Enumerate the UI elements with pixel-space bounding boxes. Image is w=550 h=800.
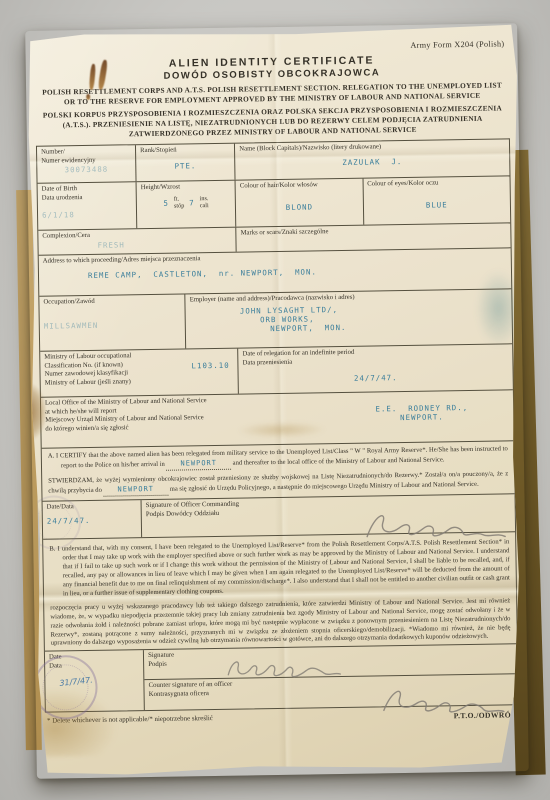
mol-label-l4: Ministry of Labour (jeśli znany) [45,378,131,386]
document-subtitle-polish: POLSKI KORPUS PRZYSPOSOBIENIA I ROZMIESZ… [40,104,505,140]
section-b-date-label-en: Date [49,654,62,661]
inches-unit-pl: cali [200,202,209,209]
section-b-declaration: B. I understand that, with my consent, I… [43,532,517,651]
occupation-field: Occupation/Zawód MILLSAWMEN [39,295,186,351]
row-section-b: B. I understand that, with my consent, I… [43,532,517,652]
eyes-label: Colour of eyes/Kolor oczu [367,179,505,190]
occupation-value: MILLSAWMEN [44,319,181,330]
relegation-date-field: Date of relegation for an indefinite per… [238,344,512,393]
row-local-office: Local Office of the Ministry of Labour a… [41,390,514,448]
eye-colour-field: Colour of eyes/Kolor oczu BLUE [363,176,510,224]
relegation-label-en: Date of relegation for an indefinite per… [242,349,354,358]
document-subtitle-english: POLISH RESETTLEMENT CORPS AND A.T.S. POL… [40,80,505,107]
section-b-text-english: B. I understand that, with my consent, I… [49,538,510,599]
section-a-date-field: Date/Data 24/7/47. [43,500,143,539]
row-holder-signature-block: Date Data 31/7/47. Signature Podpis Coun… [45,645,518,712]
counter-signature [377,683,508,721]
section-a-typed-city-2: NEWPORT [117,485,154,494]
name-label: Name (Block Capitals)/Nazwisko (litery d… [239,142,505,155]
address-value: REME CAMP, CASTLETON, nr. NEWPORT, MON. [88,264,507,280]
section-a-text-english: A. I CERTIFY that the above named alien … [48,446,508,473]
relegation-date-value: 24/7/47. [243,372,509,385]
date-of-birth-field: Date of Birth Data urodzenia 6/1/18 [38,182,138,230]
number-field: Number/ Numer ewidencyjny 30073488 [37,145,137,183]
counter-signature-field: Counter signature of an officer Kontrasy… [144,675,517,709]
local-office-label-l3: Miejscowy Urząd Ministry of Labour and N… [45,414,204,423]
employer-field: Employer (name and address)/Pracodawca (… [186,289,512,348]
rank-field: Rank/Stopień PTE. [136,144,236,182]
holder-signature-label-pl: Podpis [148,661,167,668]
height-feet-value: 5 [163,199,169,208]
address-field: Address to which proceeding/Adres miejsc… [39,248,512,295]
hair-label: Colour of hair/Kolor włosów [240,181,359,191]
mol-label-l1: Ministry of Labour occupational [44,352,131,360]
hair-value: BLOND [240,201,359,212]
name-value: ZAZULAK J. [239,155,505,168]
feet-unit-pl: stóp [174,202,184,209]
dob-value: 6/1/18 [42,210,132,220]
complexion-value: FRESH [97,238,231,249]
dob-label-en: Date of Birth [42,185,77,193]
local-office-label-l4: do którego winien/a się zgłosić [45,424,128,432]
oc-signature-label-en: Signature of Officer Commanding [146,501,239,509]
height-inches-value: 7 [189,198,195,207]
section-b-signature-fields: Signature Podpis Counter signature of an… [144,645,518,711]
name-field: Name (Block Capitals)/Nazwisko (litery d… [235,139,509,179]
number-label-en: Number/ [41,148,65,155]
hair-colour-field: Colour of hair/Kolor włosów BLOND [236,179,364,227]
number-label-pl: Numer ewidencyjny [41,157,96,165]
row-occupation-employer: Occupation/Zawód MILLSAWMEN Employer (na… [39,289,512,351]
section-a-declaration: A. I CERTIFY that the above named alien … [42,441,515,500]
rank-value: PTE. [140,160,230,170]
occupation-label: Occupation/Zawód [43,297,180,308]
counter-signature-label-pl: Kontrasygnata oficera [149,690,209,698]
document-paper: Army Form X204 (Polish) ALIEN IDENTITY C… [25,23,529,779]
row-dob-height-hair-eyes: Date of Birth Data urodzenia 6/1/18 Heig… [38,176,511,230]
height-field: Height/Wzrost 5 ft. stóp 7 ins. cali [137,181,237,229]
dob-label-pl: Data urodzenia [42,194,83,202]
local-office-value-line2: NEWPORT. [376,412,469,422]
section-b-date-value: 31/7/47. [59,675,93,687]
height-label: Height/Wzrost [141,183,231,193]
identity-table: Number/ Numer ewidencyjny 30073488 Rank/… [36,138,519,713]
eyes-value: BLUE [368,199,506,210]
marks-label: Marks or scars/Znaki szczególne [241,226,507,239]
local-office-label-l2: at which he/she will report [45,407,116,415]
marks-field: Marks or scars/Znaki szczególne [237,223,511,251]
mol-classification-value: L103.10 [191,361,229,371]
section-a-date-value: 24/7/47. [47,515,137,525]
relegation-label-pl: Data przeniesienia [243,358,293,366]
section-a-text-polish: STWIERDZAM, że wyżej wymieniony obcokraj… [48,470,508,497]
section-b-date-label-pl: Data [49,662,62,669]
mol-classification-field: Ministry of Labour occupational Classifi… [40,349,239,397]
photo-background: Army Form X204 (Polish) ALIEN IDENTITY C… [0,0,550,800]
section-b-text-polish: rozpoczęcia pracy u wyżej wskazanego pra… [50,597,511,649]
local-office-label-l1: Local Office of the Ministry of Labour a… [45,397,207,407]
oc-signature-label-pl: Podpis Dowódcy Oddziału [146,510,219,518]
row-classification-relegation: Ministry of Labour occupational Classifi… [40,344,513,397]
local-office-field: Local Office of the Ministry of Labour a… [41,390,514,447]
section-a-signature-field: Signature of Officer Commanding Podpis D… [142,494,515,537]
complexion-field: Complexion/Cera FRESH [38,228,237,255]
mol-label-l3: Numer zawodowej klasyfikacji [44,370,128,378]
row-section-a: A. I CERTIFY that the above named alien … [42,441,515,501]
counter-signature-label-en: Counter signature of an officer [149,681,233,689]
section-a-date-label: Date/Data [47,502,137,512]
holder-signature-label-en: Signature [148,652,174,659]
rank-label: Rank/Stopień [140,146,230,156]
mol-label-l2: Classification No. (if known) [44,361,122,369]
section-a-typed-city-1: NEWPORT [180,459,217,468]
number-value: 30073488 [41,165,131,175]
section-b-date-field: Date Data 31/7/47. [45,651,145,713]
